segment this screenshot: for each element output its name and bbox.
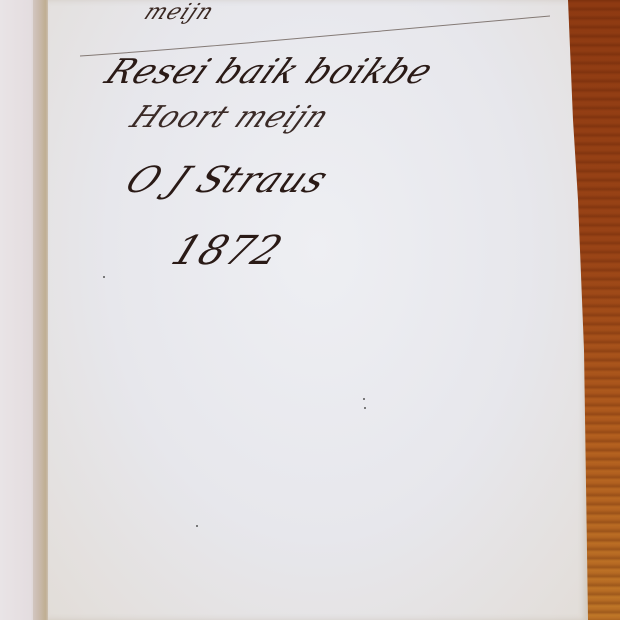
photo-scene: meijn Resei baik boikbe Hoort meijn O J … [0, 0, 620, 620]
paper-speck [363, 398, 365, 400]
handwriting-signature: O J Straus [118, 160, 336, 201]
handwriting-top-fragment: meijn [140, 0, 219, 25]
paper-speck [103, 276, 105, 278]
handwriting-line-2: Hoort meijn [124, 100, 336, 135]
right-book-page [48, 0, 588, 620]
paper-speck [196, 525, 198, 527]
handwriting-year: 1872 [165, 228, 289, 274]
handwriting-line-1: Resei baik boikbe [98, 52, 441, 92]
paper-speck [364, 407, 366, 409]
